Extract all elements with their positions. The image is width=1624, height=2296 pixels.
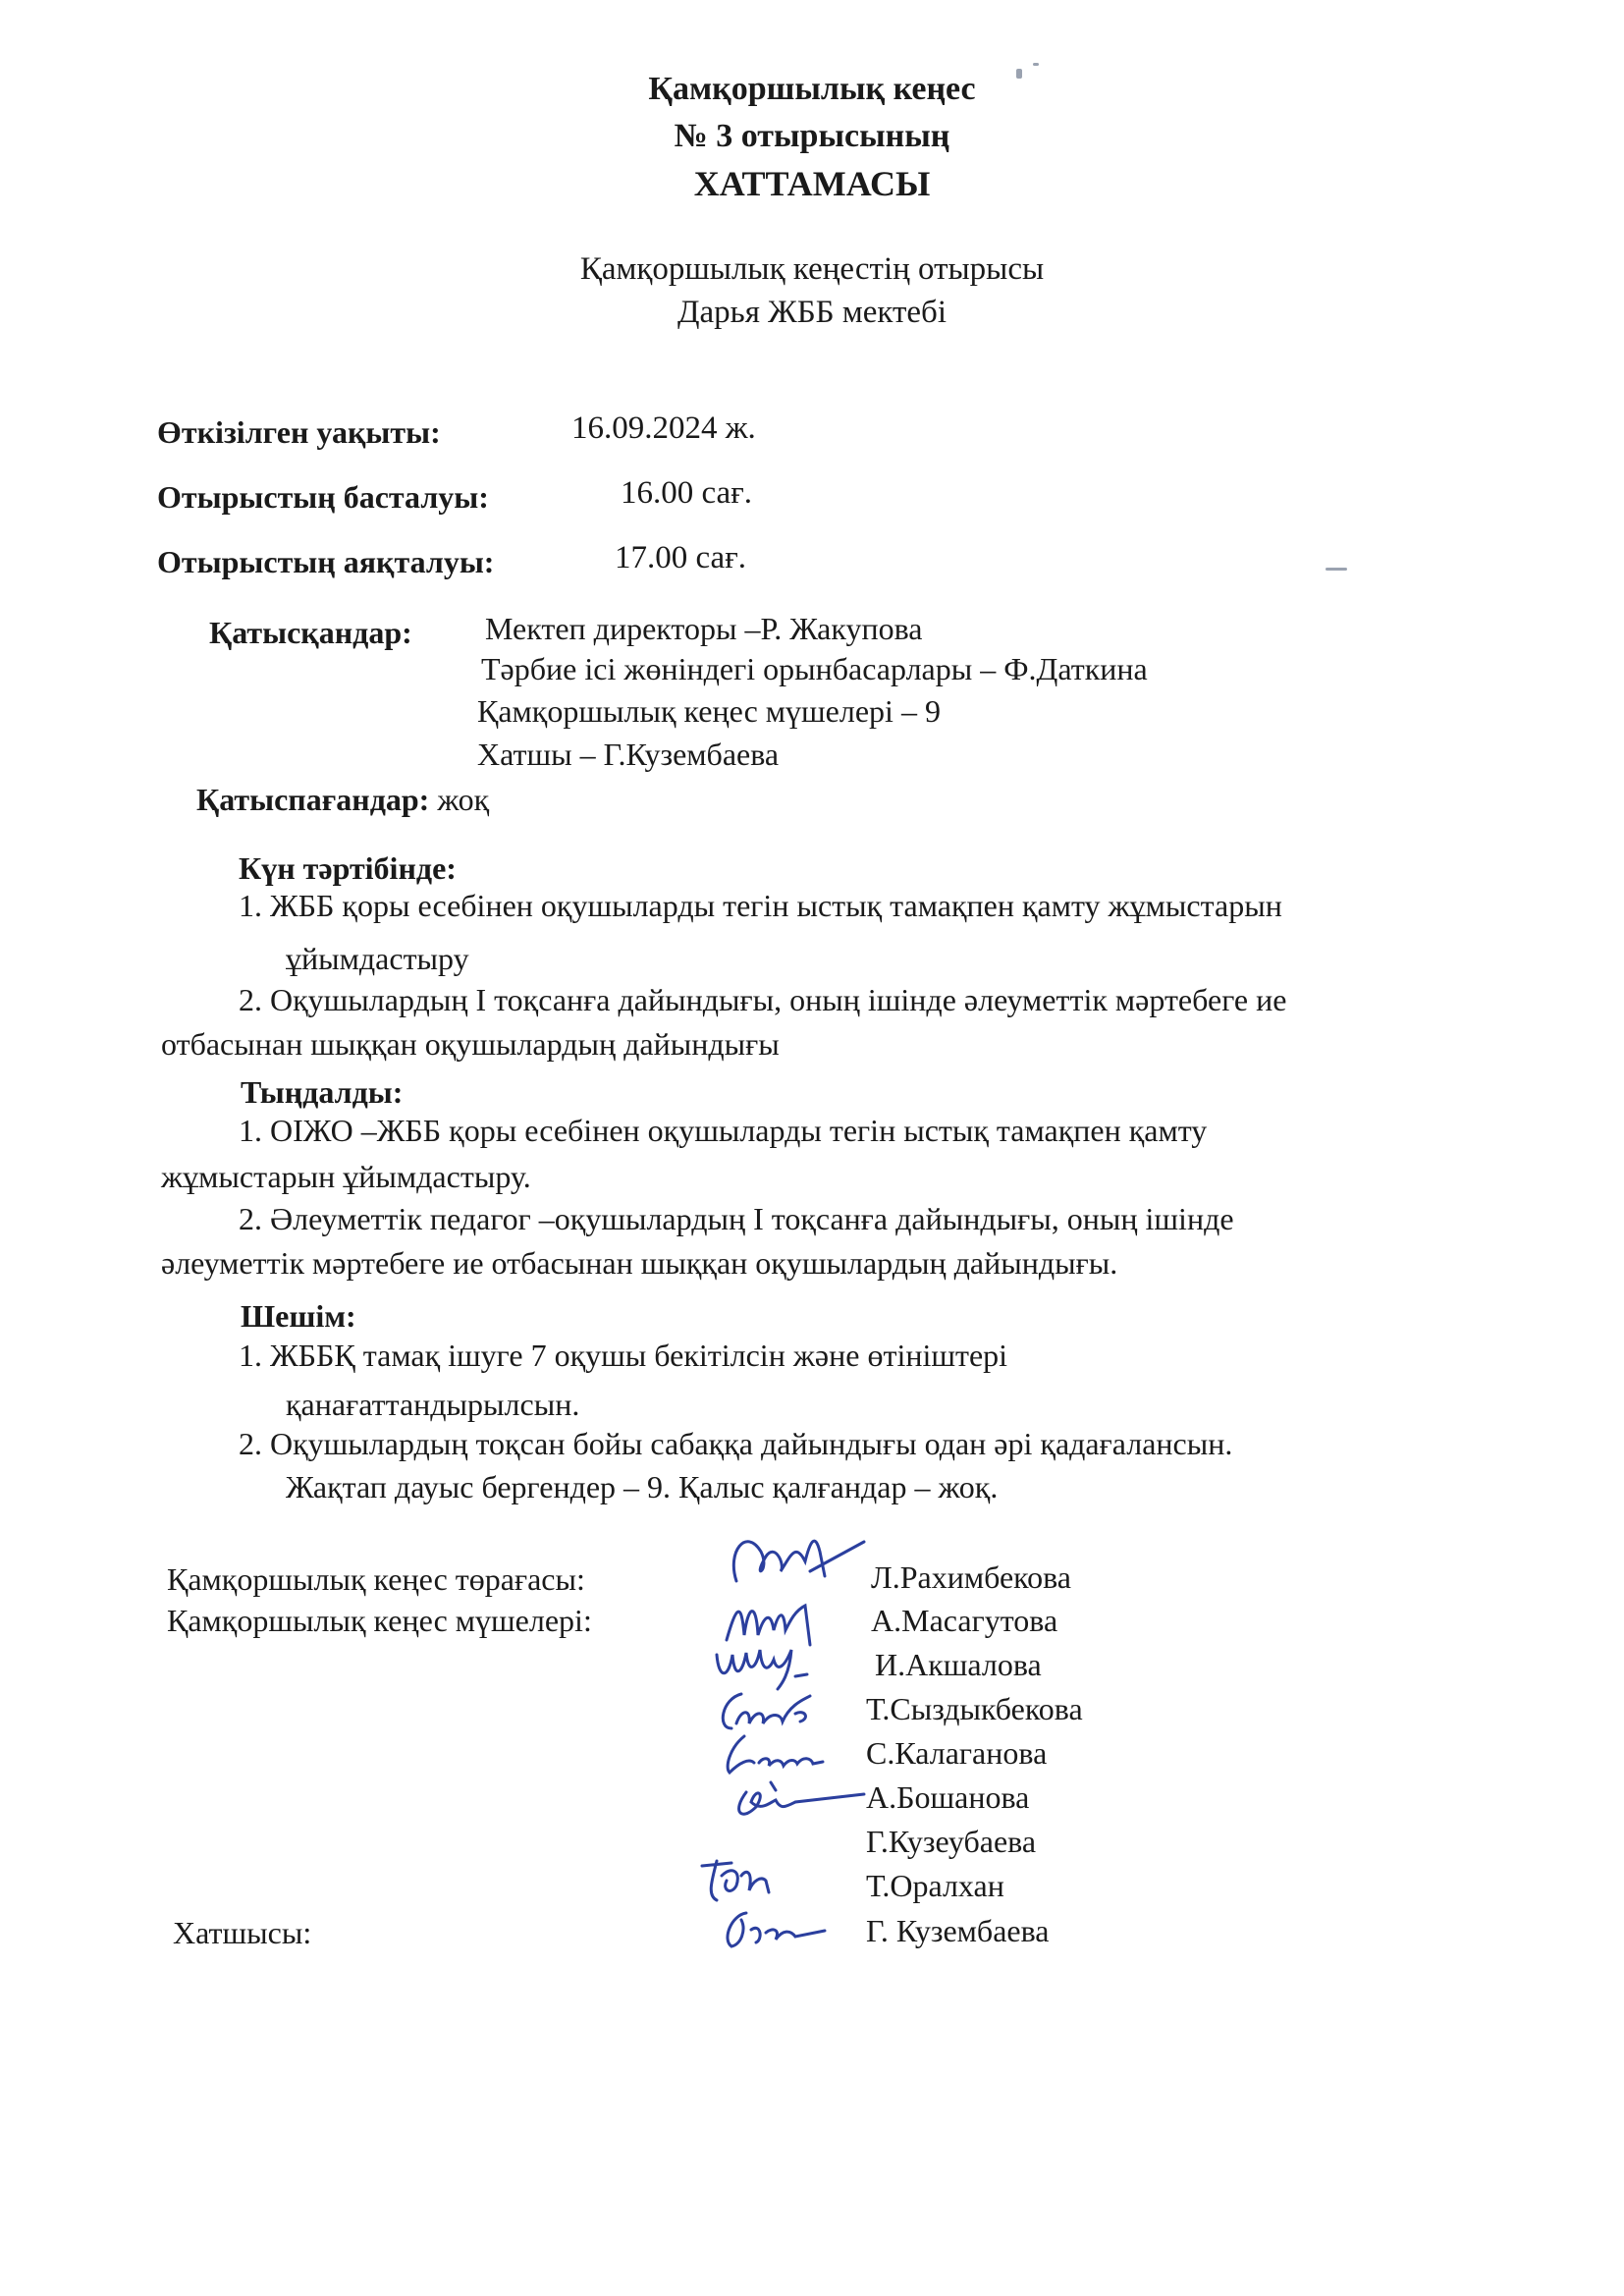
doc-title-line2: № 3 отырысының [0,118,1624,155]
signatory-name: И.Акшалова [875,1647,1042,1683]
chair-label: Қамқоршылық кеңес төрағасы: [167,1561,585,1598]
heard-heading: Тыңдалды: [241,1074,403,1111]
decision-item2-line1: 2. Оқушылардың тоқсан бойы сабаққа дайын… [239,1426,1232,1462]
present-item: Қамқоршылық кеңес мүшелері – 9 [477,693,941,730]
date-label: Өткізілген уақыты: [157,414,441,451]
signatory-name: Г.Кузеубаева [866,1824,1036,1860]
absent-value: жоқ [437,782,489,817]
signatory-name: А.Масагутова [871,1603,1057,1639]
present-label: Қатысқандар: [209,615,412,651]
end-value: 17.00 сағ. [615,540,746,576]
end-label: Отырыстың аяқталуы: [157,544,494,580]
present-item: Тәрбие ісі жөніндегі орынбасарлары – Ф.Д… [481,651,1148,687]
start-value: 16.00 сағ. [621,475,752,512]
signatory-name: Г. Кузембаева [866,1913,1050,1949]
date-value: 16.09.2024 ж. [571,410,756,447]
scan-speck [1033,63,1039,66]
doc-subtitle-line1: Қамқоршылық кеңестің отырысы [0,251,1624,288]
decision-heading: Шешім: [241,1298,356,1335]
doc-title-line3: ХАТТАМАСЫ [0,163,1624,204]
signatory-name: Л.Рахимбекова [871,1559,1071,1596]
signatory-name: Т.Сыздыкбекова [866,1691,1083,1727]
start-label: Отырыстың басталуы: [157,479,489,516]
signatory-name: С.Калаганова [866,1735,1047,1772]
absent-row: Қатыспағандар: жоқ [196,782,489,818]
present-item: Хатшы – Г.Кузембаева [477,737,779,773]
agenda-item1-line1: 1. ЖББ қоры есебінен оқушыларды тегін ыс… [239,888,1282,924]
heard-item1-line1: 1. ОІЖО –ЖББ қоры есебінен оқушыларды те… [239,1113,1207,1149]
secretary-label: Хатшысы: [173,1915,311,1951]
signature-icon-boshanova [727,1773,874,1831]
decision-item1-line2: қанағаттандырылсын. [286,1387,579,1423]
agenda-heading: Күн тәртібінде: [239,850,457,887]
signatory-name: А.Бошанова [866,1779,1029,1816]
heard-item2-line2: әлеуметтік мәртебеге ие отбасынан шыққан… [161,1245,1117,1282]
absent-label: Қатыспағандар: [196,782,429,817]
agenda-item1-line2: ұйымдастыру [286,941,469,977]
heard-item2-line1: 2. Әлеуметтік педагог –оқушылардың І тоқ… [239,1201,1234,1237]
signature-icon-kuzembaeva [712,1905,839,1959]
decision-vote-line: Жақтап дауыс бергендер – 9. Қалыс қалған… [286,1469,998,1505]
signatory-name: Т.Оралхан [866,1868,1004,1904]
doc-title-line1: Қамқоршылық кеңес [0,71,1624,108]
members-label: Қамқоршылық кеңес мүшелері: [167,1603,592,1639]
scan-speck [1326,568,1347,571]
heard-item1-line2: жұмыстарын ұйымдастыру. [161,1159,531,1195]
agenda-item2-line2: отбасынан шыққан оқушылардың дайындығы [161,1026,780,1063]
decision-item1-line1: 1. ЖББҚ тамақ ішуге 7 оқушы бекітілсін ж… [239,1338,1007,1374]
agenda-item2-line1: 2. Оқушылардың І тоқсанға дайындығы, оны… [239,982,1286,1018]
scan-speck [1016,69,1022,79]
present-item: Мектеп директоры –Р. Жакупова [485,611,922,647]
doc-subtitle-line2: Дарья ЖББ мектебі [0,295,1624,331]
